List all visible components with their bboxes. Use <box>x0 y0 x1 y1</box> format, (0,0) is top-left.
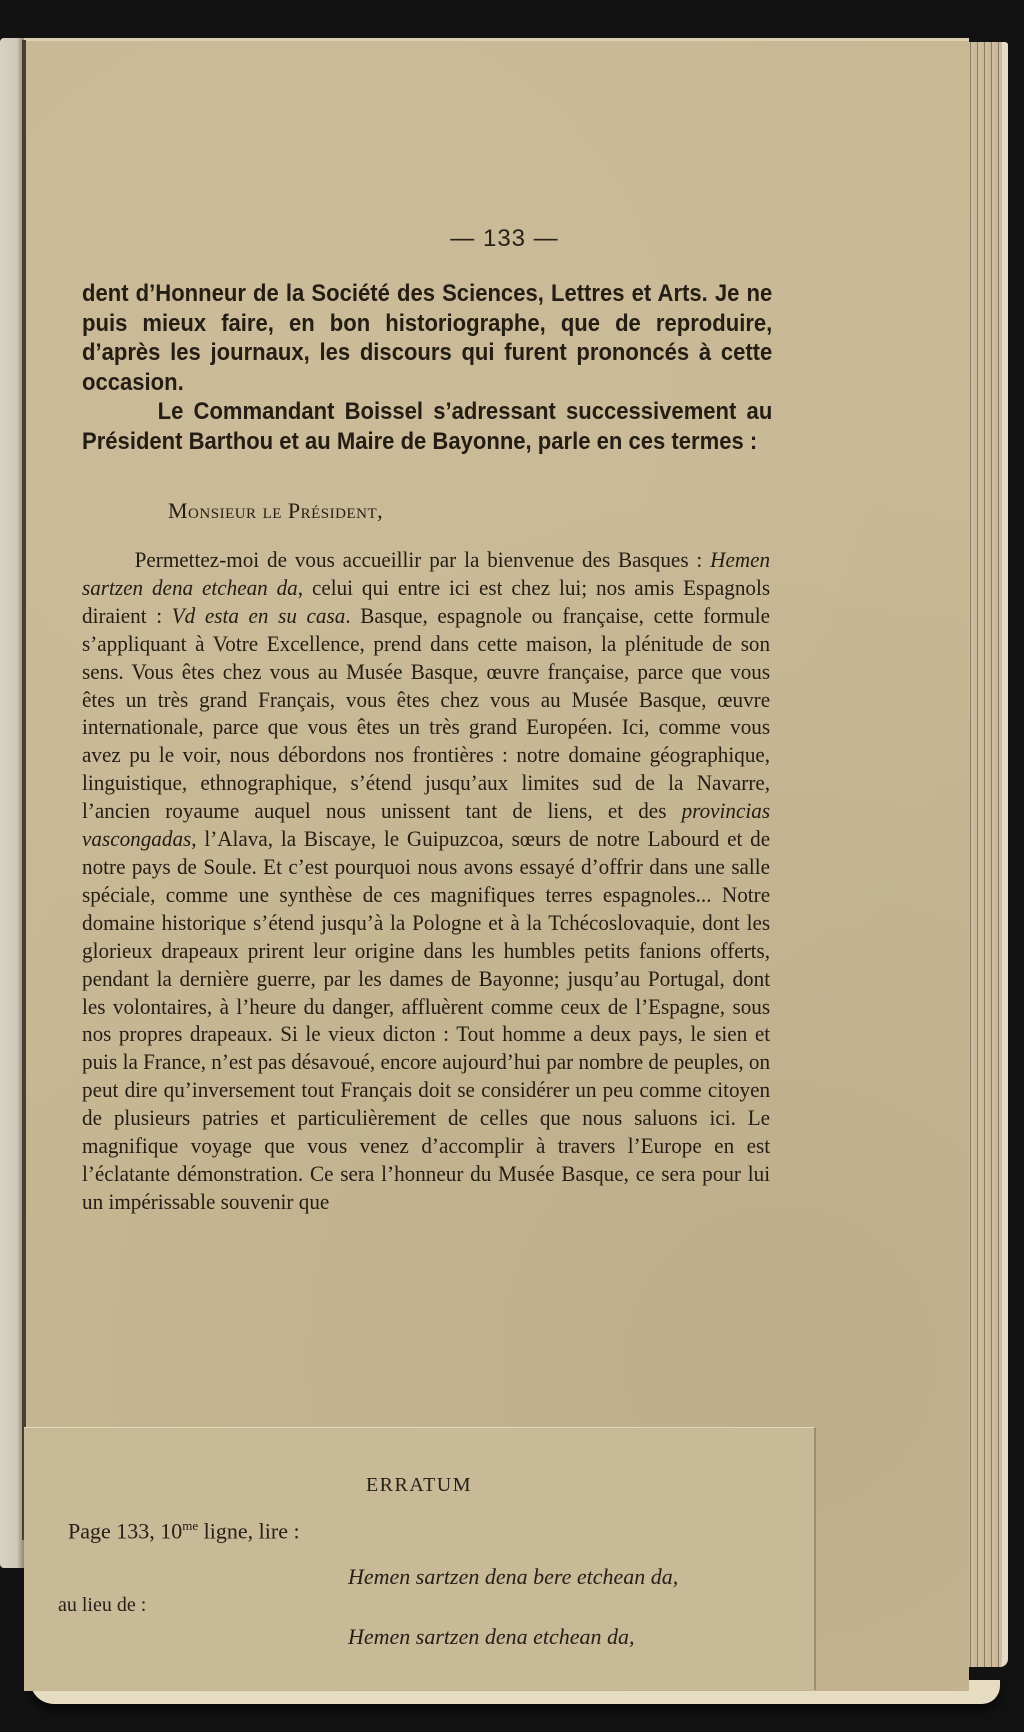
erratum-instead-label: au lieu de : <box>58 1594 146 1617</box>
facing-page-edge <box>0 38 24 1568</box>
speech-paragraph: Permettez-moi de vous accueillir par la … <box>82 546 770 1216</box>
spanish-phrase: Vd esta en su casa <box>172 603 346 628</box>
intro-paragraph-2: Le Commandant Boissel s’adressant succes… <box>82 397 772 456</box>
erratum-ref-sup: me <box>182 1518 198 1533</box>
erratum-correct-text: Hemen sartzen dena bere etchean da, <box>348 1564 678 1590</box>
erratum-ref-suffix: ligne, lire : <box>198 1518 299 1543</box>
book-gutter <box>22 40 26 1540</box>
erratum-wrong-text: Hemen sartzen dena etchean da, <box>348 1624 635 1650</box>
page-number: — 133 — <box>24 225 969 253</box>
salutation-heading: Monsieur le Président, <box>168 498 772 524</box>
erratum-reference: Page 133, 10me ligne, lire : <box>68 1518 300 1544</box>
speech-text: . Basque, espagnole ou française, cette … <box>82 603 770 823</box>
speech-text: , l’Alava, la Biscaye, le Guipuzcoa, sœu… <box>82 826 770 1214</box>
erratum-slip: ERRATUM Page 133, 10me ligne, lire : Hem… <box>24 1428 814 1690</box>
erratum-title: ERRATUM <box>24 1474 814 1497</box>
page-text: dent d’Honneur de la Société des Science… <box>82 279 772 1216</box>
intro-paragraph-1: dent d’Honneur de la Société des Science… <box>82 279 772 397</box>
speech-text: Permettez-moi de vous accueillir par la … <box>135 547 711 572</box>
erratum-ref-text: Page 133, 10 <box>68 1518 182 1543</box>
